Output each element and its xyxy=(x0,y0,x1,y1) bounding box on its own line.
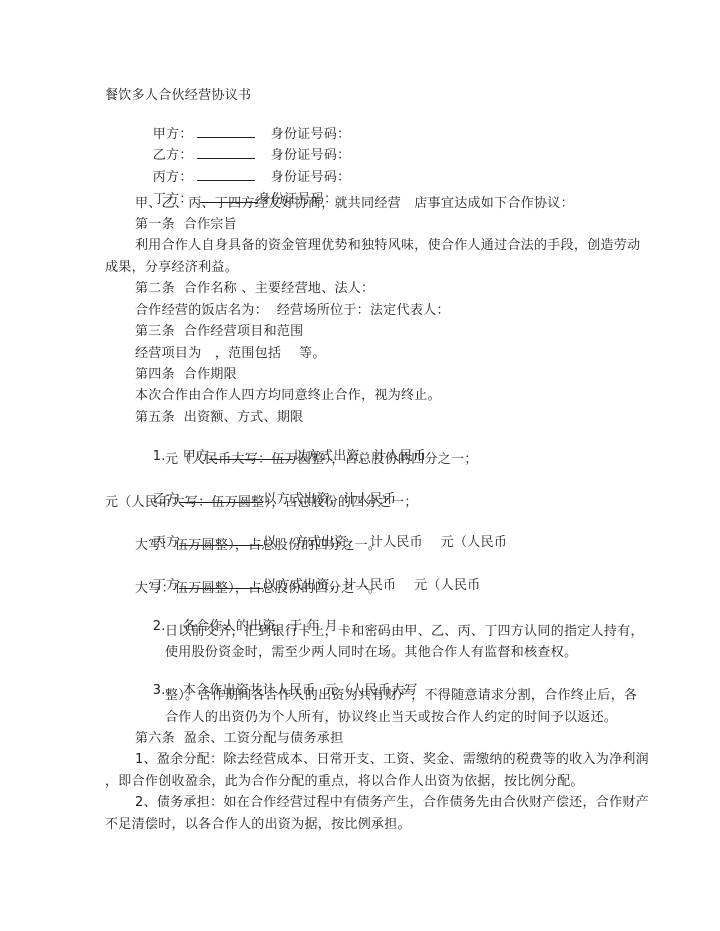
article4-heading: 第四条 合作期限 xyxy=(135,367,237,383)
document-page: 餐饮多人合伙经营协议书 甲方：身份证号码： 乙方：身份证号码： 丙方：身份证号码… xyxy=(0,0,720,931)
article5-item2-line3: 使用股份资金时，需至少两人同时在场。其他合作人有监督和核查权。 xyxy=(165,645,577,661)
article3-heading: 第三条 合作经营项目和范围 xyxy=(135,324,303,340)
article2-heading: 第二条 合作名称 、主要经营地、法人： xyxy=(135,281,374,297)
article6-profit-text: 1、盈余分配：除去经营成本、日常开支、工资、奖金、需缴纳的税费等的收入为净利润 xyxy=(135,752,649,768)
article5-item3-line2: 整）。合作期间各合作人的出资为共有财产，不得随意请求分割，合作终止后，各 xyxy=(165,688,637,704)
preamble: 甲、乙、丙、丁四方经友好协商，就共同经营 店事宜达成如下合作协议： xyxy=(135,196,574,212)
article6-heading: 第六条 盈余、工资分配与债务承担 xyxy=(135,731,343,747)
article5-heading: 第五条 出资额、方式、期限 xyxy=(135,410,303,426)
article1-heading: 第一条 合作宗旨 xyxy=(135,217,237,233)
article5-item1-bing-line2: 大写：伍万圆整），占总股份的四分之一。 xyxy=(135,538,381,554)
article5-item3-line3: 合作人的出资仍为个人所有，协议终止当天或按合作人约定的时间予以返还。 xyxy=(165,710,617,726)
article6-debt-text: 2、债务承担：如在合作经营过程中有债务产生，合作债务先由合伙财产偿还，合作财产 xyxy=(135,795,649,811)
article4-text: 本次合作由合作人四方均同意终止合作，视为终止。 xyxy=(135,388,441,404)
article5-item1-yi-line2: 元（人民币大写：伍万圆整），占总股份的四分之一； xyxy=(105,495,418,511)
article3-text: 经营项目为 ，范围包括 等。 xyxy=(135,346,326,362)
article5-item1-jia-line2: 元（人民币大写：伍万圆整），占总股份的四分之一； xyxy=(165,452,478,468)
document-title: 餐饮多人合伙经营协议书 xyxy=(105,88,251,104)
article1-text: 利用合作人自身具备的资金管理优势和独特风味，使合作人通过合法的手段，创造劳动 xyxy=(135,238,640,254)
article5-item1-ding-line2: 大写：伍万圆整），占总股份的四分之一。 xyxy=(135,581,381,597)
article1-text: 成果，分享经济利益。 xyxy=(105,260,238,276)
article6-profit-text: ，即合作创收盈余，此为合作分配的重点，将以合作人出资为依据，按比例分配。 xyxy=(105,774,584,790)
article6-debt-text: 不足清偿时，以各合作人的出资为据，按比例承担。 xyxy=(105,817,411,833)
article2-text: 合作经营的饭店名为： 经营场所位于：法定代表人： xyxy=(135,303,450,319)
article5-item2-line2: 日以前交齐，汇到银行卡上，卡和密码由甲、乙、丙、丁四方认同的指定人持有， xyxy=(165,624,644,640)
